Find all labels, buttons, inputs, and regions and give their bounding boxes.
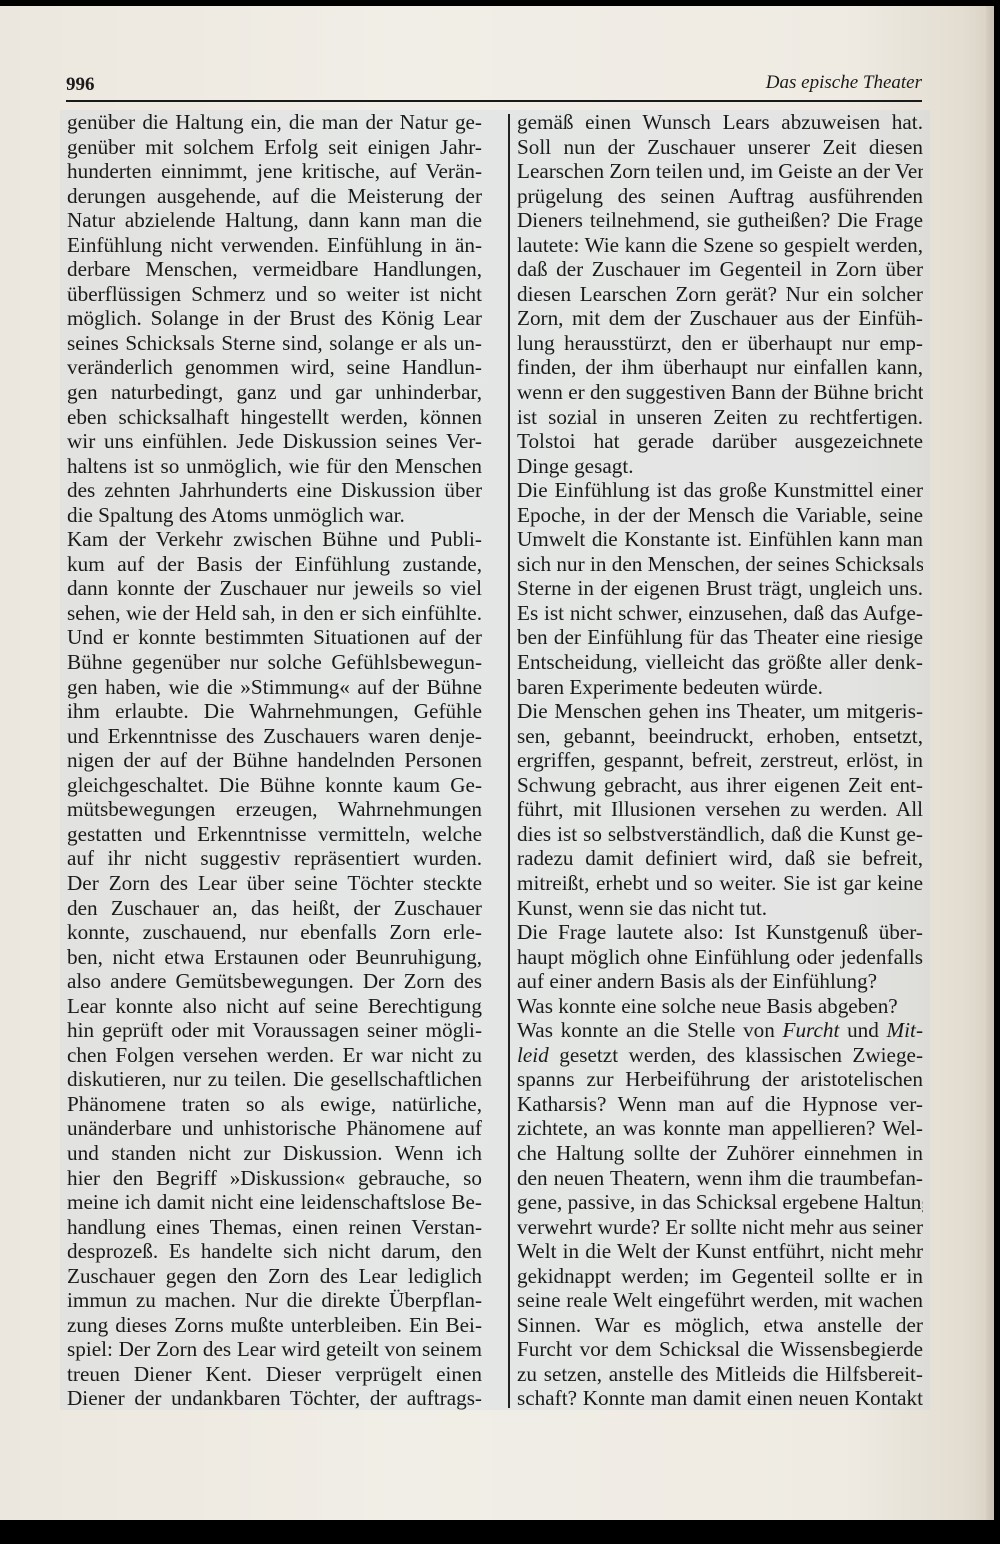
text-line: Entscheidung, vielleicht das größte alle… — [517, 650, 923, 675]
text-line: Kam der Verkehr zwischen Bühne und Publi… — [67, 527, 482, 552]
text-line: haltens ist so unmöglich, wie für den Me… — [67, 454, 482, 479]
text-line: Der Zorn des Lear über seine Töchter ste… — [67, 871, 482, 896]
text-line: Dinge gesagt. — [517, 454, 923, 479]
text-line: gen haben, wie die »Stimmung« auf der Bü… — [67, 675, 482, 700]
text-line: treuen Diener Kent. Dieser verprügelt ei… — [67, 1362, 482, 1387]
text-line: Natur abzielende Haltung, dann kann man … — [67, 208, 482, 233]
text-line: unänderbare und unhistorische Phänomene … — [67, 1116, 482, 1141]
text-line: ist sozial in unseren Zeiten zu rechtfer… — [517, 405, 923, 430]
text-line: derungen ausgehende, auf die Meisterung … — [67, 184, 482, 209]
text-line: chen Folgen versehen werden. Er war nich… — [67, 1043, 482, 1068]
text-line: prügelung des seinen Auftrag ausführende… — [517, 184, 923, 209]
text-line: hunderten einnimmt, jene kritische, auf … — [67, 159, 482, 184]
text-line: Welt in die Welt der Kunst entführt, nic… — [517, 1239, 923, 1264]
text-line: gen naturbedingt, ganz und gar unhinderb… — [67, 380, 482, 405]
text-line: meine ich damit nicht eine leidenschafts… — [67, 1190, 482, 1215]
text-line: Schwung gebracht, aus ihrer eigenen Zeit… — [517, 773, 923, 798]
text-line: diskutieren, nur zu teilen. Die gesellsc… — [67, 1067, 482, 1092]
text-line: leid gesetzt werden, des klassischen Zwi… — [517, 1043, 923, 1068]
text-line: zichtete, an was konnte man appellieren?… — [517, 1116, 923, 1141]
text-column-right: gemäß einen Wunsch Lears abzuweisen hat.… — [517, 110, 923, 1411]
text-line: hier den Begriff »Diskussion« gebrauche,… — [67, 1166, 482, 1191]
text-line: desprozeß. Es handelte sich nicht darum,… — [67, 1239, 482, 1264]
text-line: Tolstoi hat gerade darüber ausgezeichnet… — [517, 429, 923, 454]
text-line: Learschen Zorn teilen und, im Geiste an … — [517, 159, 923, 184]
text-line: Lear konnte also nicht auf seine Berecht… — [67, 994, 482, 1019]
text-line: daß der Zuschauer im Gegenteil in Zorn ü… — [517, 257, 923, 282]
text-line: den neuen Theatern, wenn ihm die traumbe… — [517, 1166, 923, 1191]
text-column-left: genüber die Haltung ein, die man der Nat… — [67, 110, 482, 1411]
text-line: Bühne gegenüber nur solche Gefühlsbewegu… — [67, 650, 482, 675]
text-line: schaft? Konnte man damit einen neuen Kon… — [517, 1386, 923, 1411]
text-line: Die Frage lautete also: Ist Kunstgenuß ü… — [517, 920, 923, 945]
text-line: genüber die Haltung ein, die man der Nat… — [67, 110, 482, 135]
text-line: Sinnen. War es möglich, etwa anstelle de… — [517, 1313, 923, 1338]
text-line: haupt möglich ohne Einfühlung oder jeden… — [517, 945, 923, 970]
text-line: Sterne in der eigenen Brust trägt, ungle… — [517, 576, 923, 601]
text-line: che Haltung sollte der Zuhörer einnehmen… — [517, 1141, 923, 1166]
text-line: Katharsis? Wenn man auf die Hypnose ver- — [517, 1092, 923, 1117]
text-line: ergriffen, gespannt, befreit, zerstreut,… — [517, 748, 923, 773]
text-line: Epoche, in der der Mensch die Variable, … — [517, 503, 923, 528]
text-line: Es ist nicht schwer, einzusehen, daß das… — [517, 601, 923, 626]
text-line: wir uns einfühlen. Jede Diskussion seine… — [67, 429, 482, 454]
text-line: Kunst, wenn sie das nicht tut. — [517, 896, 923, 921]
text-line: lautete: Wie kann die Szene so gespielt … — [517, 233, 923, 258]
text-line: überflüssigen Schmerz und so weiter ist … — [67, 282, 482, 307]
text-line: eben schicksalhaft hingestellt werden, k… — [67, 405, 482, 430]
book-page: 996 Das epische Theater genüber die Halt… — [0, 6, 994, 1520]
text-line: Zorn, mit dem der Zuschauer aus der Einf… — [517, 306, 923, 331]
text-line: also andere Gemütsbewegungen. Der Zorn d… — [67, 969, 482, 994]
text-line: Die Einfühlung ist das große Kunstmittel… — [517, 478, 923, 503]
text-line: Was konnte eine solche neue Basis abgebe… — [517, 994, 923, 1019]
text-line: gleichgeschaltet. Die Bühne konnte kaum … — [67, 773, 482, 798]
text-line: mütsbewegungen erzeugen, Wahrnehmungen — [67, 797, 482, 822]
text-line: dann konnte der Zuschauer nur jeweils so… — [67, 576, 482, 601]
text-line: mitreißt, erhebt und so weiter. Sie ist … — [517, 871, 923, 896]
page-edge — [986, 6, 994, 1520]
text-line: gestatten und Erkenntnisse vermitteln, w… — [67, 822, 482, 847]
text-line: ihm erlaubte. Die Wahrnehmungen, Gefühle — [67, 699, 482, 724]
text-line: Und er konnte bestimmten Situationen auf… — [67, 625, 482, 650]
text-line: auf einer andern Basis als der Einfühlun… — [517, 969, 923, 994]
page-header: 996 Das epische Theater — [66, 66, 922, 102]
text-line: Einfühlung nicht verwenden. Einfühlung i… — [67, 233, 482, 258]
text-line: den Zuschauer an, das heißt, der Zuschau… — [67, 896, 482, 921]
text-line: Dieners teilnehmend, sie gutheißen? Die … — [517, 208, 923, 233]
text-line: konnte, zuschauend, nur ebenfalls Zorn e… — [67, 920, 482, 945]
text-line: und Erkenntnisse des Zuschauers waren de… — [67, 724, 482, 749]
text-line: zu setzen, anstelle des Mitleids die Hil… — [517, 1362, 923, 1387]
text-line: baren Experimente bedeuten würde. — [517, 675, 923, 700]
text-line: lung herausstürzt, den er überhaupt nur … — [517, 331, 923, 356]
text-line: handlung eines Themas, einen reinen Vers… — [67, 1215, 482, 1240]
text-line: Phänomene traten so als ewige, natürlich… — [67, 1092, 482, 1117]
text-line: diesen Learschen Zorn gerät? Nur ein sol… — [517, 282, 923, 307]
text-line: ben der Einfühlung für das Theater eine … — [517, 625, 923, 650]
text-line: dies ist so selbstverständlich, daß die … — [517, 822, 923, 847]
text-line: veränderlich genommen wird, seine Handlu… — [67, 355, 482, 380]
text-line: Die Menschen gehen ins Theater, um mitge… — [517, 699, 923, 724]
text-line: Umwelt die Konstante ist. Einfühlen kann… — [517, 527, 923, 552]
text-line: gekidnappt werden; im Gegenteil sollte e… — [517, 1264, 923, 1289]
text-line: sich nur in den Menschen, der seines Sch… — [517, 552, 923, 577]
text-line: Diener der undankbaren Töchter, der auft… — [67, 1386, 482, 1411]
text-line: spiel: Der Zorn des Lear wird geteilt vo… — [67, 1337, 482, 1362]
text-line: Was konnte an die Stelle von Furcht und … — [517, 1018, 923, 1043]
text-line: kum auf der Basis der Einfühlung zustand… — [67, 552, 482, 577]
text-line: immun zu machen. Nur die direkte Überpfl… — [67, 1288, 482, 1313]
text-line: genüber mit solchem Erfolg seit einigen … — [67, 135, 482, 160]
text-line: sen, gebannt, beeindruckt, erhoben, ents… — [517, 724, 923, 749]
text-line: des zehnten Jahrhunderts eine Diskussion… — [67, 478, 482, 503]
text-line: Zuschauer gegen den Zorn des Lear ledigl… — [67, 1264, 482, 1289]
text-line: wenn er den suggestiven Bann der Bühne b… — [517, 380, 923, 405]
text-line: seine reale Welt eingeführt werden, mit … — [517, 1288, 923, 1313]
text-line: gemäß einen Wunsch Lears abzuweisen hat. — [517, 110, 923, 135]
text-line: finden, der ihm überhaupt nur einfallen … — [517, 355, 923, 380]
text-line: zung dieses Zorns mußte unterbleiben. Ei… — [67, 1313, 482, 1338]
text-line: verwehrt wurde? Er sollte nicht mehr aus… — [517, 1215, 923, 1240]
text-line: spanns zur Herbeiführung der aristotelis… — [517, 1067, 923, 1092]
text-line: radezu damit definiert wird, daß sie bef… — [517, 846, 923, 871]
text-line: führt, mit Illusionen versehen zu werden… — [517, 797, 923, 822]
text-line: hin geprüft oder mit Voraussagen seiner … — [67, 1018, 482, 1043]
text-line: und standen nicht zur Diskussion. Wenn i… — [67, 1141, 482, 1166]
running-title: Das epische Theater — [766, 72, 922, 94]
text-line: sehen, wie der Held sah, in den er sich … — [67, 601, 482, 626]
text-line: derbare Menschen, vermeidbare Handlungen… — [67, 257, 482, 282]
text-line: nigen der auf der Bühne handelnden Perso… — [67, 748, 482, 773]
text-line: Soll nun der Zuschauer unserer Zeit dies… — [517, 135, 923, 160]
text-line: seines Schicksals Sterne sind, solange e… — [67, 331, 482, 356]
text-line: Furcht vor dem Schicksal die Wissensbegi… — [517, 1337, 923, 1362]
text-line: ben, nicht etwa Erstaunen oder Beunruhig… — [67, 945, 482, 970]
column-divider — [508, 114, 510, 1408]
text-line: gene, passive, in das Schicksal ergebene… — [517, 1190, 923, 1215]
text-line: möglich. Solange in der Brust des König … — [67, 306, 482, 331]
text-line: auf ihr nicht suggestiv repräsentiert wu… — [67, 846, 482, 871]
page-number: 996 — [66, 74, 95, 96]
text-line: die Spaltung des Atoms unmöglich war. — [67, 503, 482, 528]
